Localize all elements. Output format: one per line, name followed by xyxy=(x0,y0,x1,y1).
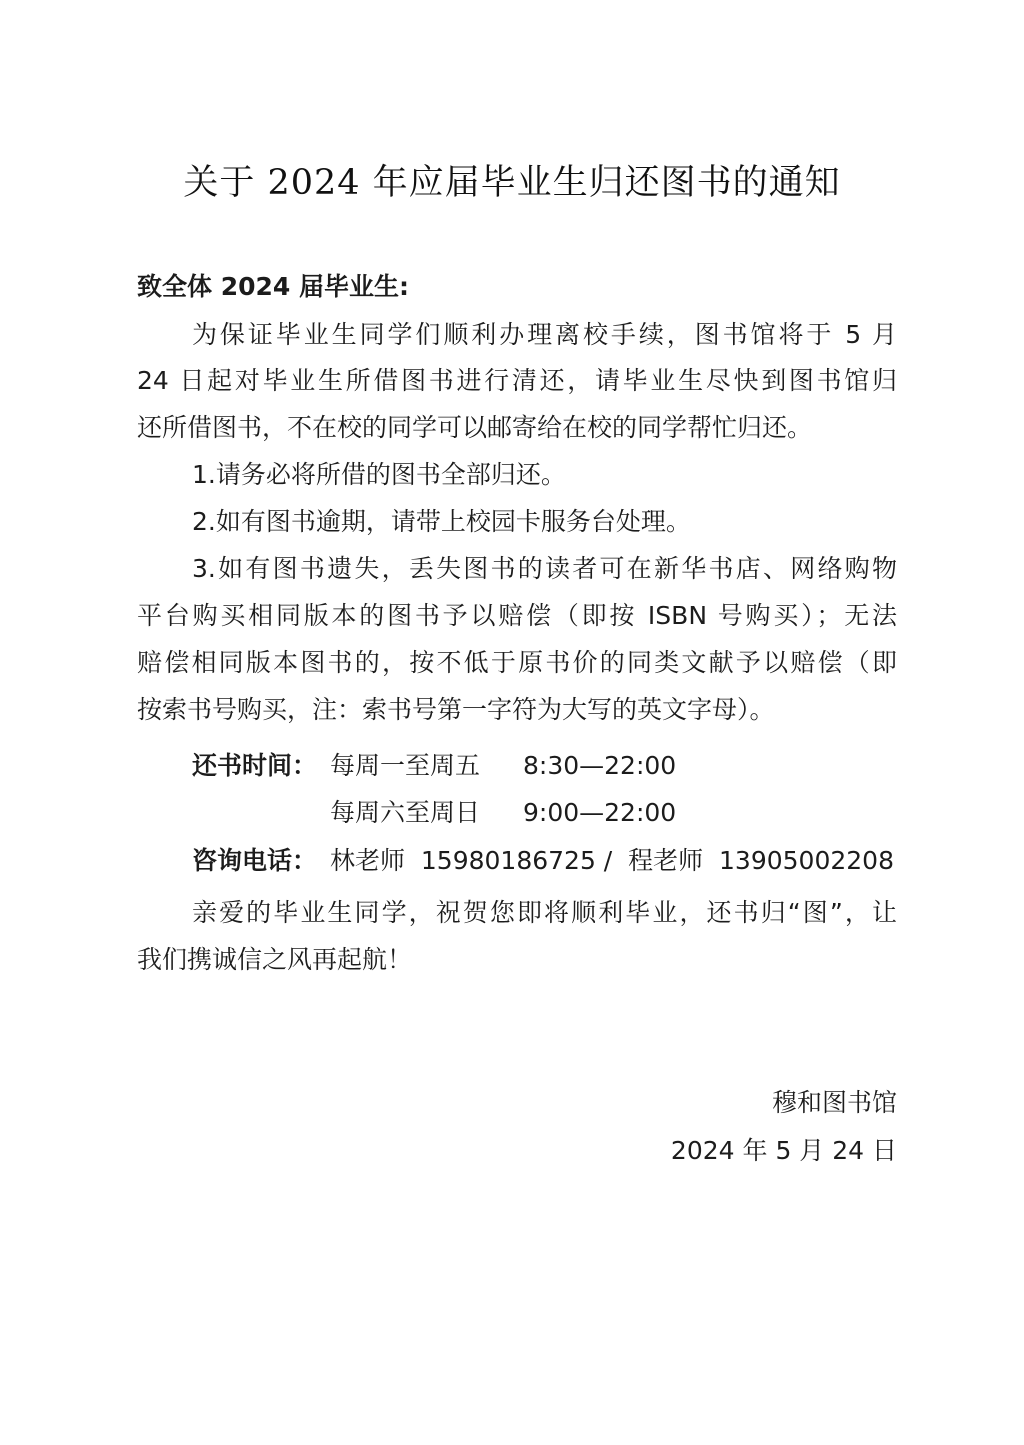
signature-date: 2024 年 5 月 24 日 xyxy=(671,1134,897,1168)
schedule-row-1: 还书时间：每周一至周五8:30—22:00 xyxy=(192,749,676,783)
schedule-row-2: 每周六至周日9:00—22:00 xyxy=(192,796,676,830)
notice-page: 关于 2024 年应届毕业生归还图书的通知 致全体 2024 届毕业生: 为保证… xyxy=(0,0,1024,1445)
schedule-days: 每周六至周日 xyxy=(330,796,523,830)
intro-line-1: 为保证毕业生同学们顺利办理离校手续，图书馆将于 5 月 xyxy=(192,318,897,352)
schedule-days: 每周一至周五 xyxy=(330,749,523,783)
closing-line-1: 亲爱的毕业生同学，祝贺您即将顺利毕业，还书归“图”，让 xyxy=(192,896,897,930)
item-3-line-3: 赔偿相同版本图书的，按不低于原书价的同类文献予以赔偿（即 xyxy=(137,646,897,680)
schedule-hours: 8:30—22:00 xyxy=(523,751,676,780)
item-2: 2.如有图书逾期，请带上校园卡服务台处理。 xyxy=(192,505,691,539)
closing-line-2: 我们携诚信之风再起航！ xyxy=(137,943,412,977)
signature-org: 穆和图书馆 xyxy=(772,1086,897,1120)
salutation: 致全体 2024 届毕业生: xyxy=(137,270,409,304)
intro-line-2: 24 日起对毕业生所借图书进行清还，请毕业生尽快到图书馆归 xyxy=(137,364,897,398)
item-3-line-2: 平台购买相同版本的图书予以赔偿（即按 ISBN 号购买）；无法 xyxy=(137,599,897,633)
item-3-line-4: 按索书号购买，注：索书号第一字符为大写的英文字母）。 xyxy=(137,693,775,727)
contact-row: 咨询电话：林老师 15980186725 / 程老师 13905002208 xyxy=(192,844,894,878)
schedule-hours: 9:00—22:00 xyxy=(523,798,676,827)
schedule-label: 还书时间： xyxy=(192,749,330,783)
contact-phones: 林老师 15980186725 / 程老师 13905002208 xyxy=(330,846,894,875)
item-1: 1.请务必将所借的图书全部归还。 xyxy=(192,458,566,492)
contact-label: 咨询电话： xyxy=(192,844,330,878)
item-3-line-1: 3.如有图书遗失，丢失图书的读者可在新华书店、网络购物 xyxy=(192,552,897,586)
document-title: 关于 2024 年应届毕业生归还图书的通知 xyxy=(0,158,1024,208)
intro-line-3: 还所借图书，不在校的同学可以邮寄给在校的同学帮忙归还。 xyxy=(137,411,812,445)
